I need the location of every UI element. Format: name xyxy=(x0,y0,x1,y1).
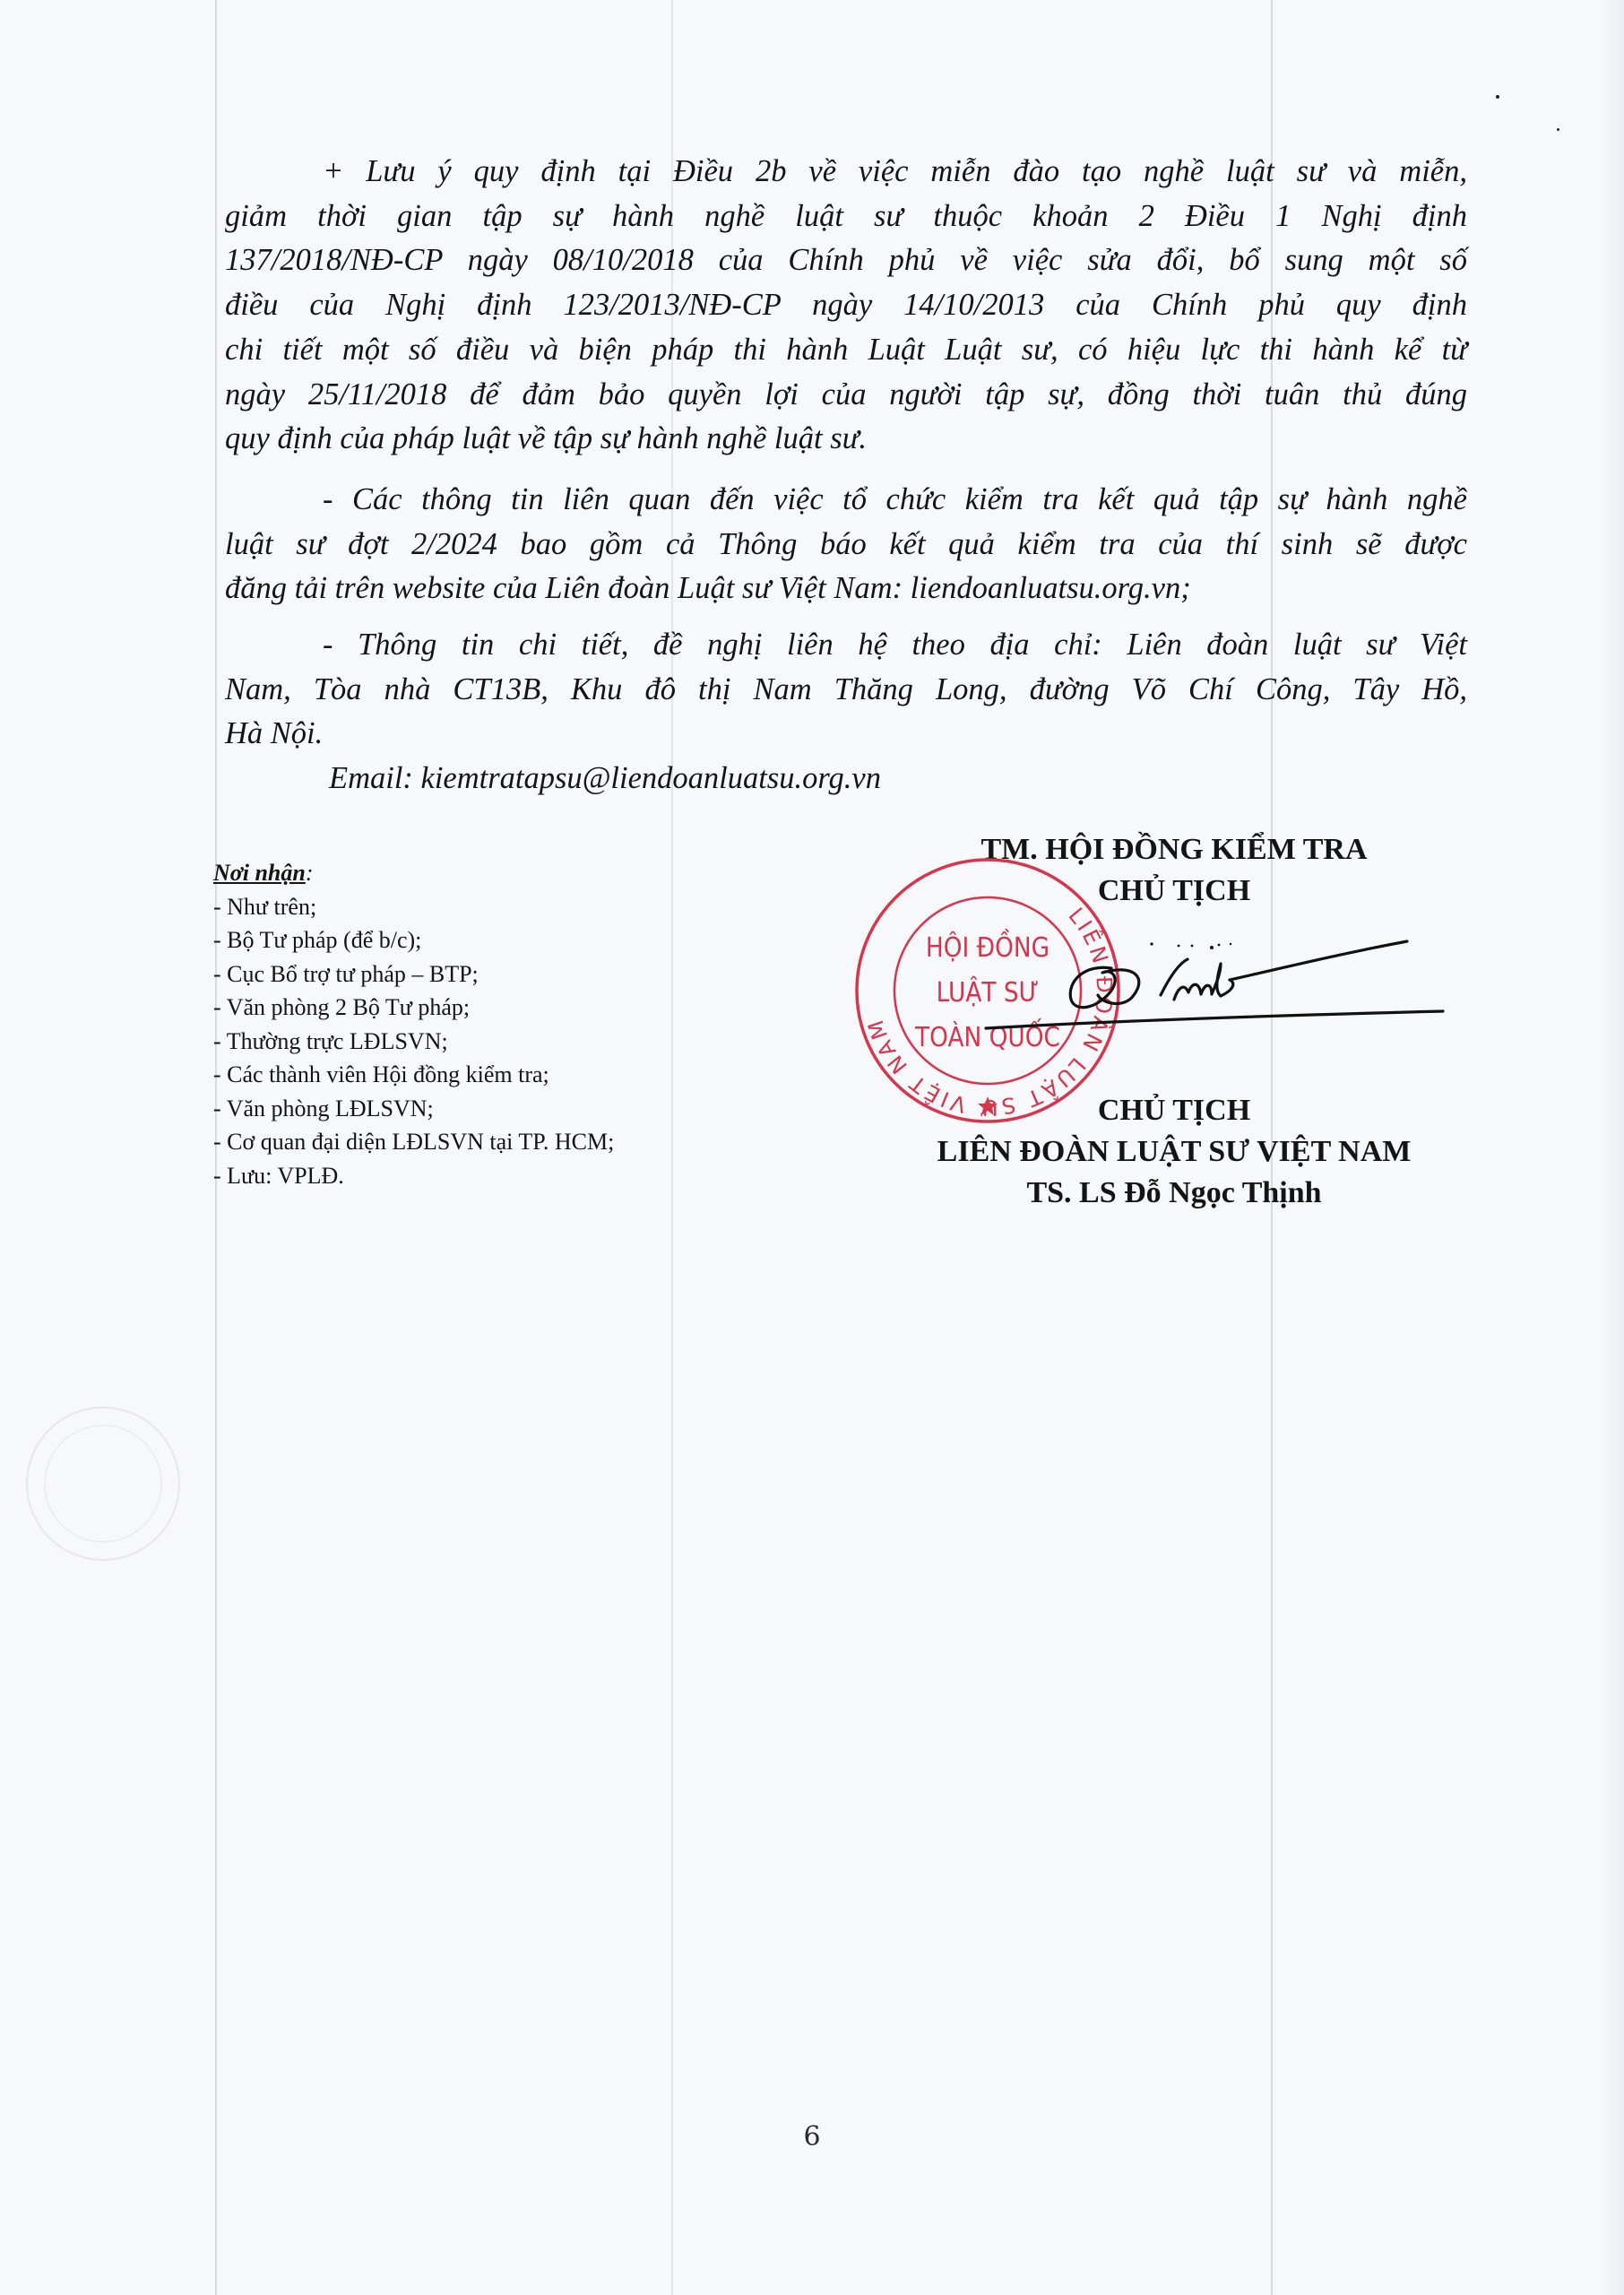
paragraph-line: điều của Nghị định 123/2013/NĐ-CP ngày 1… xyxy=(225,287,1467,323)
recipient-item: - Cơ quan đại diện LĐLSVN tại TP. HCM; xyxy=(213,1125,614,1159)
organization-name: LIÊN ĐOÀN LUẬT SƯ VIỆT NAM xyxy=(851,1131,1497,1173)
paragraph-line: giảm thời gian tập sự hành nghề luật sư … xyxy=(225,198,1467,234)
recipient-item: - Lưu: VPLĐ. xyxy=(213,1159,614,1193)
scan-speck xyxy=(1496,95,1499,99)
paragraph-line: Nam, Tòa nhà CT13B, Khu đô thị Nam Thăng… xyxy=(225,671,1467,707)
paragraph-line: luật sư đợt 2/2024 bao gồm cả Thông báo … xyxy=(225,526,1467,562)
paragraph-line: + Lưu ý quy định tại Điều 2b về việc miễ… xyxy=(323,153,1467,189)
handwritten-signature xyxy=(977,928,1461,1040)
recipient-item: - Như trên; xyxy=(213,890,614,924)
paragraph-line: Hà Nội. xyxy=(225,715,1467,751)
recipient-item: - Cục Bổ trợ tư pháp – BTP; xyxy=(213,957,614,992)
page-edge-shadow xyxy=(1599,0,1624,2295)
recipient-item: - Các thành viên Hội đồng kiểm tra; xyxy=(213,1058,614,1092)
paragraph-line: - Các thông tin liên quan đến việc tổ ch… xyxy=(323,481,1467,517)
recipient-item: - Văn phòng LĐLSVN; xyxy=(213,1092,614,1126)
paragraph-line: quy định của pháp luật về tập sự hành ng… xyxy=(225,420,1467,456)
page-number: 6 xyxy=(0,2121,1624,2152)
faded-stamp-bleedthrough xyxy=(18,1399,188,1569)
recipient-item: - Bộ Tư pháp (để b/c); xyxy=(213,923,614,957)
contact-email: Email: kiemtratapsu@liendoanluatsu.org.v… xyxy=(329,760,881,796)
scan-speck xyxy=(1557,128,1559,131)
paragraph-line: chi tiết một số điều và biện pháp thi hà… xyxy=(225,332,1467,368)
paragraph-line: 137/2018/NĐ-CP ngày 08/10/2018 của Chính… xyxy=(225,242,1467,278)
paragraph-line: ngày 25/11/2018 để đảm bảo quyền lợi của… xyxy=(225,377,1467,412)
recipients-list: Nơi nhận: - Như trên; - Bộ Tư pháp (để b… xyxy=(213,856,614,1192)
recipient-item: - Văn phòng 2 Bộ Tư pháp; xyxy=(213,991,614,1025)
paragraph-line: đăng tải trên website của Liên đoàn Luật… xyxy=(225,570,1467,606)
paragraph-line: - Thông tin chi tiết, đề nghị liên hệ th… xyxy=(323,627,1467,663)
recipients-title: Nơi nhận xyxy=(213,860,306,886)
recipient-item: - Thường trực LĐLSVN; xyxy=(213,1025,614,1059)
signer-name: TS. LS Đỗ Ngọc Thịnh xyxy=(851,1173,1497,1214)
